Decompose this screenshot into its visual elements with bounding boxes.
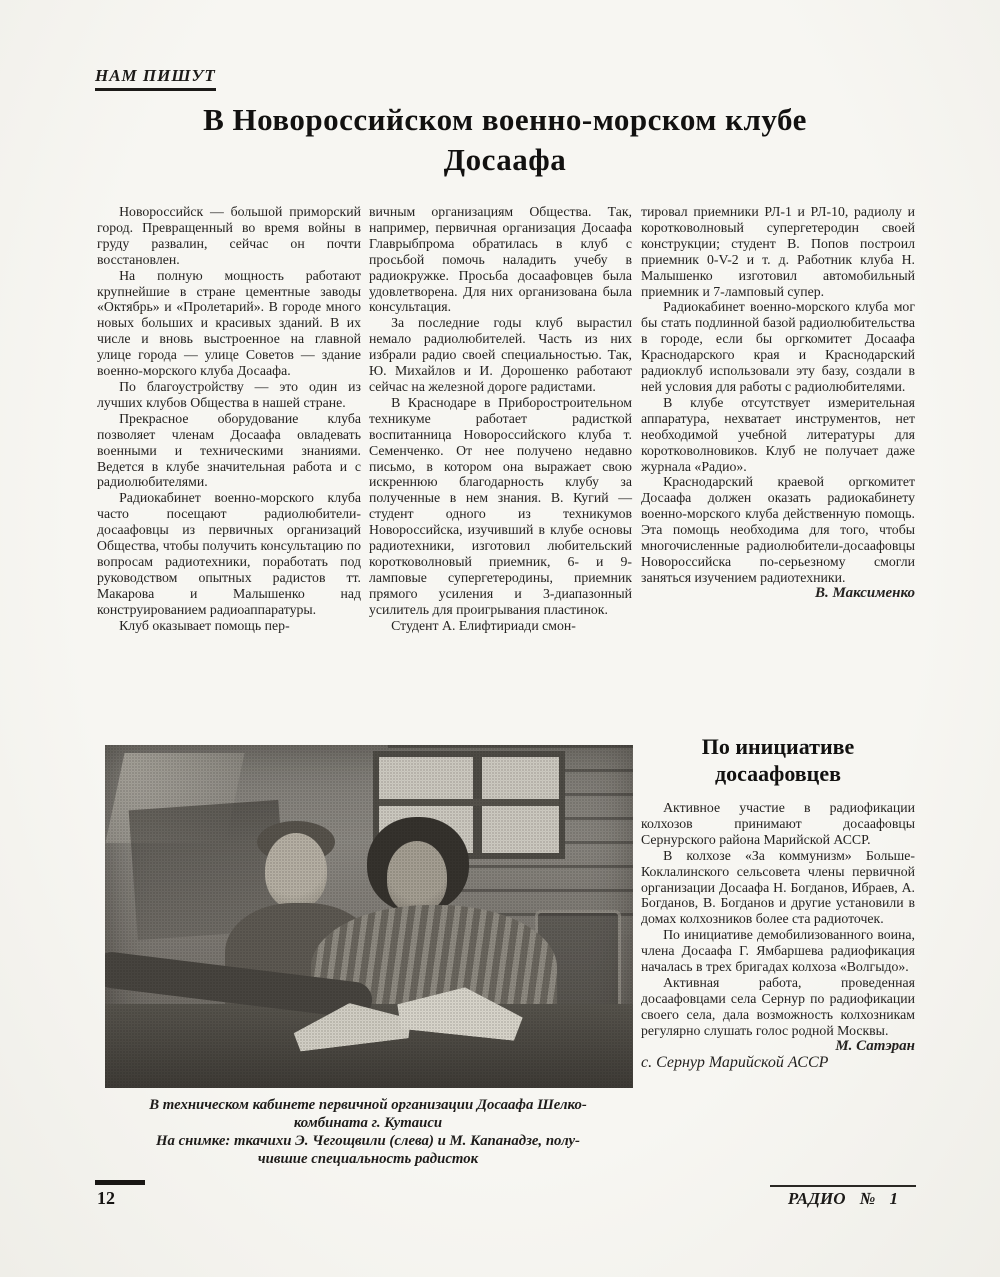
paragraph: На полную мощность работают крупнейшие в… xyxy=(97,268,361,379)
paragraph: вичным организациям Общества. Так, напри… xyxy=(369,204,632,315)
paragraph: По благоустройству — это один из лучших … xyxy=(97,379,361,411)
page-number: 12 xyxy=(97,1188,115,1209)
photo-caption: В техническом кабинете первичной организ… xyxy=(98,1096,638,1168)
journal-footer-rule xyxy=(770,1185,916,1187)
caption-line: На снимке: ткачихи Э. Чегощвили (слева) … xyxy=(98,1132,638,1150)
paragraph: Прекрасное оборудование клуба позволяет … xyxy=(97,411,361,491)
paragraph: В клубе отсутствует измерительная аппара… xyxy=(641,395,915,475)
caption-line: В техническом кабинете первичной организ… xyxy=(98,1096,638,1114)
article1-title-line1: В Новороссийском военно-морском клубе xyxy=(95,100,915,140)
halftone-photo xyxy=(105,745,633,1088)
paragraph: Клуб оказывает помощь пер- xyxy=(97,618,361,634)
paragraph: За последние годы клуб вырастил немало р… xyxy=(369,315,632,395)
article2-title-line1: По инициативе xyxy=(641,733,915,760)
paragraph: Радиокабинет военно-морского клуба мог б… xyxy=(641,299,915,394)
article1-column-2: вичным организациям Общества. Так, напри… xyxy=(369,204,632,633)
article1-column-3: тировал приемники РЛ-1 и РЛ-10, радиолу … xyxy=(641,204,915,602)
article2-place: с. Сернур Марийской АССР xyxy=(641,1055,915,1071)
paragraph: Активное участие в радиофикации колхозов… xyxy=(641,800,915,848)
caption-line: комбината г. Кутаиси xyxy=(98,1114,638,1132)
paragraph: Радиокабинет военно-морского клуба часто… xyxy=(97,490,361,617)
article1-title: В Новороссийском военно-морском клубе До… xyxy=(95,100,915,180)
caption-line: чившие специальность радисток xyxy=(98,1150,638,1168)
article2: По инициативе досаафовцев Активное участ… xyxy=(641,733,915,1070)
article2-title-line2: досаафовцев xyxy=(641,760,915,787)
article2-body: Активное участие в радиофикации колхозов… xyxy=(641,800,915,1070)
paragraph: Новороссийск — большой приморский город.… xyxy=(97,204,361,268)
page-number-rule xyxy=(95,1180,145,1185)
article1-title-line2: Досаафа xyxy=(95,140,915,180)
paragraph: Студент А. Елифтириади смон- xyxy=(369,618,632,634)
article2-signature: М. Сатэран xyxy=(641,1039,915,1055)
photo-halftone-grain xyxy=(105,745,633,1088)
paragraph: В колхозе «За коммунизм» Больше-Коклалин… xyxy=(641,848,915,928)
journal-footer: РАДИО № 1 xyxy=(770,1189,916,1209)
paragraph: Активная работа, проведенная досаафовцам… xyxy=(641,975,915,1039)
paragraph: В Краснодаре в Приборостроительном техни… xyxy=(369,395,632,618)
article1-signature: В. Максименко xyxy=(641,586,915,602)
paragraph: Краснодарский краевой оргкомитет Досаафа… xyxy=(641,474,915,585)
rubric-label: НАМ ПИШУТ xyxy=(95,66,216,91)
paragraph: тировал приемники РЛ-1 и РЛ-10, радиолу … xyxy=(641,204,915,299)
article1-column-1: Новороссийск — большой приморский город.… xyxy=(97,204,361,633)
paragraph: По инициативе демобилизованного воина, ч… xyxy=(641,927,915,975)
article2-title: По инициативе досаафовцев xyxy=(641,733,915,787)
magazine-page: НАМ ПИШУТ В Новороссийском военно-морско… xyxy=(0,0,1000,1277)
